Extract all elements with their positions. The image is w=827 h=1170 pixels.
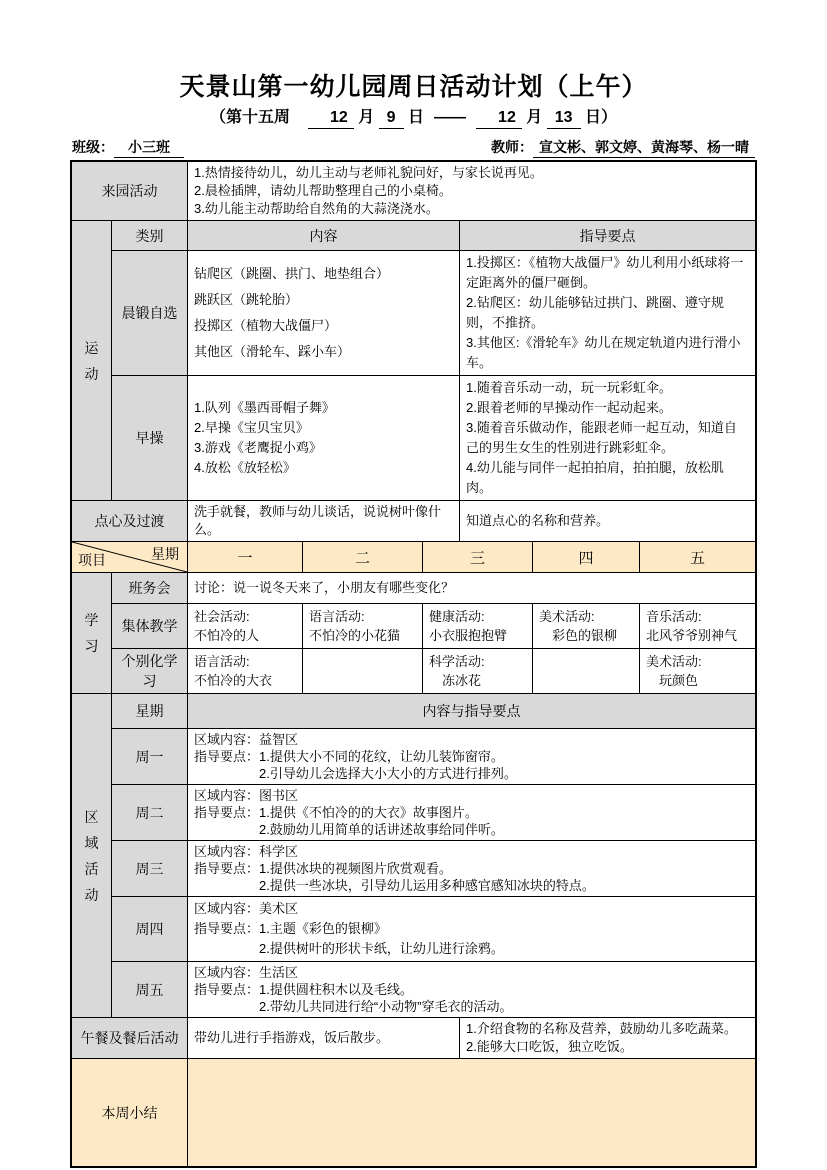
area-fri-label: 周五 (112, 962, 188, 1018)
area-content-points-header: 内容与指导要点 (188, 694, 755, 729)
morning-gym-label: 早操 (112, 376, 188, 501)
weekday-header-thu: 四 (533, 542, 640, 573)
end-day-value: 13 (547, 108, 581, 129)
area-fri-content: 区域内容：生活区 指导要点：1.提供圆柱积木以及毛线。 2.带幼儿共同进行给“小… (188, 962, 755, 1018)
guidance-points-header: 指导要点 (460, 221, 755, 251)
content-header: 内容 (188, 221, 460, 251)
sport-section-label: 运 动 (72, 221, 112, 501)
start-month-value: 12 (308, 108, 354, 129)
area-thu-label: 周四 (112, 897, 188, 962)
month-char: 月 (358, 109, 374, 126)
lunch-after-label: 午餐及餐后活动 (72, 1018, 188, 1059)
snack-transition-content: 洗手就餐，教师与幼儿谈话，说说树叶像什么。 (188, 501, 460, 542)
area-tue-content: 区域内容：图书区 指导要点：1.提供《不怕冷的的大衣》故事图片。 2.鼓励幼儿用… (188, 785, 755, 841)
morning-gym-points: 1.随着音乐动一动，玩一玩彩虹伞。 2.跟着老师的早操动作一起动起来。 3.随着… (460, 376, 755, 501)
individual-learning-mon: 语言活动: 不怕冷的大衣 (188, 649, 303, 694)
class-meeting-content: 讨论：说一说冬天来了，小朋友有哪些变化？ (188, 573, 755, 604)
class-meeting-label: 班务会 (112, 573, 188, 604)
individual-learning-thu (533, 649, 640, 694)
snack-transition-label: 点心及过渡 (72, 501, 188, 542)
area-wed-label: 周三 (112, 841, 188, 897)
individual-learning-tue (303, 649, 423, 694)
group-teaching-fri: 音乐活动: 北风爷爷别神气 (640, 604, 755, 649)
class-teacher-line: 班级：小三班 教师：宣文彬、郭文婷、黄海琴、杨一晴 (72, 137, 755, 158)
area-week-header: 星期 (112, 694, 188, 729)
arrival-activity-content: 1.热情接待幼儿，幼儿主动与老师礼貌问好，与家长说再见。 2.晨检插牌，请幼儿帮… (188, 162, 755, 221)
group-teaching-wed: 健康活动: 小衣服抱抱臂 (423, 604, 533, 649)
corner-week-label: 星期 (151, 544, 179, 564)
area-thu-content: 区域内容：美术区 指导要点：1.主题《彩色的银柳》 2.提供树叶的形状卡纸，让幼… (188, 897, 755, 962)
weekly-summary-label: 本周小结 (72, 1059, 188, 1166)
class-value: 小三班 (114, 137, 184, 158)
morning-exercise-free-label: 晨锻自选 (112, 251, 188, 376)
morning-exercise-free-points: 1.投掷区：《植物大战僵尸》幼儿利用小纸球将一定距离外的僵尸砸倒。 2.钻爬区：… (460, 251, 755, 376)
weekly-plan-table: 来园活动 1.热情接待幼儿，幼儿主动与老师礼貌问好，与家长说再见。 2.晨检插牌… (70, 160, 757, 1168)
month-char-2: 月 (526, 109, 542, 126)
weekday-header-fri: 五 (640, 542, 755, 573)
teacher-value: 宣文彬、郭文婷、黄海琴、杨一晴 (533, 137, 755, 158)
category-header: 类别 (112, 221, 188, 251)
corner-project-label: 项目 (78, 550, 106, 570)
individual-learning-wed: 科学活动: 冻冰花 (423, 649, 533, 694)
lunch-after-content: 带幼儿进行手指游戏，饭后散步。 (188, 1018, 460, 1059)
document-header: 天景山第一幼儿园周日活动计划（上午） （第十五周12 月 9 日——12 月 1… (72, 0, 755, 158)
class-field: 班级：小三班 (72, 137, 184, 158)
weekday-header-wed: 三 (423, 542, 533, 573)
start-day-value: 9 (379, 108, 404, 129)
lunch-after-points: 1.介绍食物的名称及营养，鼓励幼儿多吃蔬菜。 2.能够大口吃饭，独立吃饭。 (460, 1018, 755, 1059)
area-mon-content: 区域内容：益智区 指导要点：1.提供大小不同的花纹，让幼儿装饰窗帘。 2.引导幼… (188, 729, 755, 785)
end-month-value: 12 (476, 108, 522, 129)
class-label: 班级： (72, 139, 114, 155)
snack-transition-points: 知道点心的名称和营养。 (460, 501, 755, 542)
weekly-summary-content (188, 1059, 755, 1166)
area-wed-content: 区域内容：科学区 指导要点：1.提供冰块的视频图片欣赏观看。 2.提供一些冰块，… (188, 841, 755, 897)
group-teaching-mon: 社会活动: 不怕冷的人 (188, 604, 303, 649)
group-teaching-thu: 美术活动: 彩色的银柳 (533, 604, 640, 649)
week-project-corner-cell: 星期 项目 (72, 542, 188, 573)
teacher-field: 教师：宣文彬、郭文婷、黄海琴、杨一晴 (491, 137, 755, 158)
subtitle-prefix: （第十五周 (210, 109, 290, 126)
individual-learning-label: 个别化学习 (112, 649, 188, 694)
area-activity-section-label: 区 域 活 动 (72, 694, 112, 1018)
group-teaching-label: 集体教学 (112, 604, 188, 649)
morning-gym-content: 1.队列《墨西哥帽子舞》 2.早操《宝贝宝贝》 3.游戏《老鹰捉小鸡》 4.放松… (188, 376, 460, 501)
weekday-header-tue: 二 (303, 542, 423, 573)
subtitle-close: ） (601, 109, 617, 126)
teacher-label: 教师： (491, 139, 533, 155)
week-date-subtitle: （第十五周12 月 9 日——12 月 13 日） (72, 108, 755, 129)
area-mon-label: 周一 (112, 729, 188, 785)
morning-exercise-free-content: 钻爬区（跳圈、拱门、地垫组合） 跳跃区（跳轮胎） 投掷区（植物大战僵尸） 其他区… (188, 251, 460, 376)
page-title: 天景山第一幼儿园周日活动计划（上午） (72, 72, 755, 102)
individual-learning-fri: 美术活动: 玩颜色 (640, 649, 755, 694)
study-section-label: 学 习 (72, 573, 112, 694)
day-char: 日 (408, 109, 424, 126)
day-char-2: 日 (585, 109, 601, 126)
document-page: 天景山第一幼儿园周日活动计划（上午） （第十五周12 月 9 日——12 月 1… (0, 0, 827, 1170)
weekday-header-mon: 一 (188, 542, 303, 573)
date-range-dash: —— (434, 109, 466, 126)
group-teaching-tue: 语言活动: 不怕冷的小花猫 (303, 604, 423, 649)
area-tue-label: 周二 (112, 785, 188, 841)
arrival-activity-label: 来园活动 (72, 162, 188, 221)
